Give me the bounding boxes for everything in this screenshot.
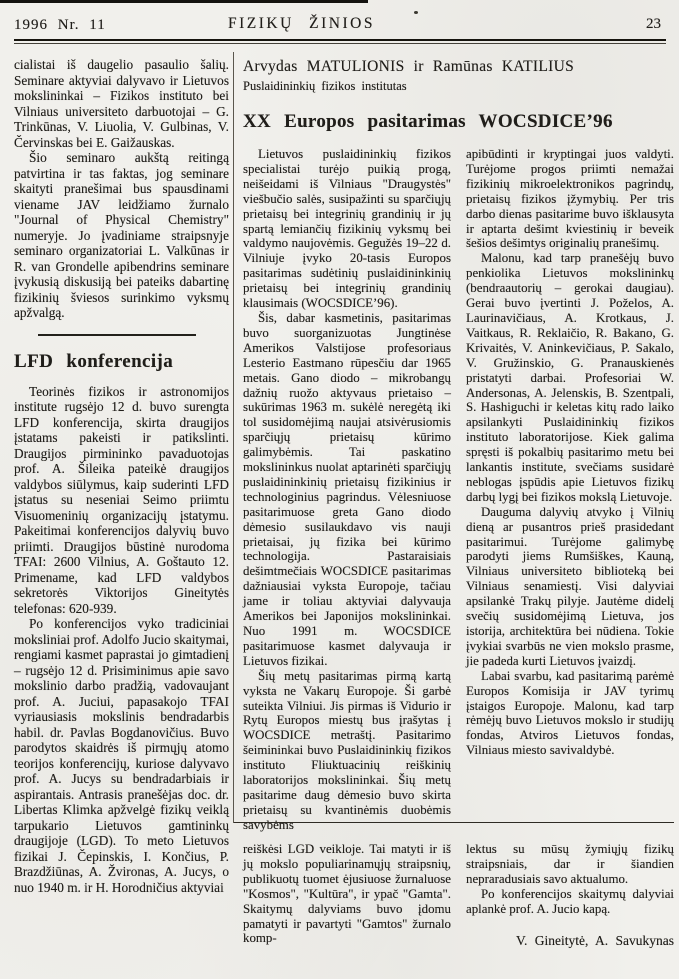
bottom-column-2: lektus su mūsų žymiųjų fizikų straipsnia… — [466, 842, 674, 949]
page-number: 23 — [646, 16, 661, 33]
article-paragraph: Šių metų pasitarimas pirmą kartą vyksta … — [243, 669, 451, 833]
lfd-continuation-paragraph: reiškėsi LGD veikloje. Tai matyti ir iš … — [243, 842, 451, 946]
article-paragraph: Labai svarbu, kad pasitarimą parėmė Euro… — [466, 669, 674, 758]
lfd-continuation-section: reiškėsi LGD veikloje. Tai matyti ir iš … — [243, 842, 674, 949]
seminar-continuation-paragraph: Šio seminaro aukštą reitingą patvirtina … — [14, 150, 229, 321]
article-paragraph: Malonu, kad tarp pranešėjų buvo penkioli… — [466, 251, 674, 504]
article-paragraph: apibūdinti ir kryptingai juos valdyti. T… — [466, 147, 674, 251]
article-paragraph: Šis, dabar kasmetinis, pasitarimas buvo … — [243, 311, 451, 669]
lfd-continuation-paragraph: lektus su mūsų žymiųjų fizikų straipsnia… — [466, 842, 674, 887]
column-divider-rule — [233, 52, 234, 823]
masthead-rule — [14, 39, 666, 44]
article-column-2: apibūdinti ir kryptingai juos valdyti. T… — [466, 147, 674, 833]
lfd-continuation-paragraph: Po konferencijos skaitymų dalyviai aplan… — [466, 887, 674, 917]
article-column-1: Lietuvos puslaidininkių fizikos speciali… — [243, 147, 451, 833]
article-body: Lietuvos puslaidininkių fizikos speciali… — [243, 147, 674, 833]
article-affiliation: Puslaidininkių fizikos institutas — [243, 79, 674, 94]
wocsdice-article: Arvydas MATULIONIS ir Ramūnas KATILIUS P… — [243, 58, 674, 833]
section-divider-rule — [38, 334, 196, 336]
journal-title: FIZIKŲ ŽINIOS — [228, 15, 375, 33]
article-paragraph: Lietuvos puslaidininkių fizikos speciali… — [243, 147, 451, 311]
article-title: XX Europos pasitarimas WOCSDICE’96 — [243, 111, 674, 133]
lfd-paragraph: Po konferencijos vyko tradiciniai moksli… — [14, 616, 229, 895]
seminar-continuation-paragraph: cialistai iš daugelio pasaulio šalių. Se… — [14, 57, 229, 150]
lfd-article-title: LFD konferencija — [14, 351, 229, 373]
article-authors: Arvydas MATULIONIS ir Ramūnas KATILIUS — [243, 58, 674, 76]
masthead: 1996 Nr. 11 FIZIKŲ ŽINIOS 23 — [14, 15, 669, 37]
article-paragraph: Dauguma dalyvių atvyko į Vilnių dieną ar… — [466, 505, 674, 669]
bottom-column-1: reiškėsi LGD veikloje. Tai matyti ir iš … — [243, 842, 451, 949]
journal-page: 1996 Nr. 11 FIZIKŲ ŽINIOS 23 cialistai i… — [0, 0, 679, 979]
scan-speck — [414, 11, 418, 14]
left-column: cialistai iš daugelio pasaulio šalių. Se… — [14, 57, 229, 895]
lfd-paragraph: Teorinės fizikos ir astronomijos institu… — [14, 384, 229, 617]
scan-edge-artifact — [0, 0, 368, 3]
authors-signature: V. Gineitytė, A. Savukynas — [466, 933, 674, 949]
issue-label: 1996 Nr. 11 — [14, 17, 106, 34]
bottom-section-rule — [234, 822, 674, 823]
